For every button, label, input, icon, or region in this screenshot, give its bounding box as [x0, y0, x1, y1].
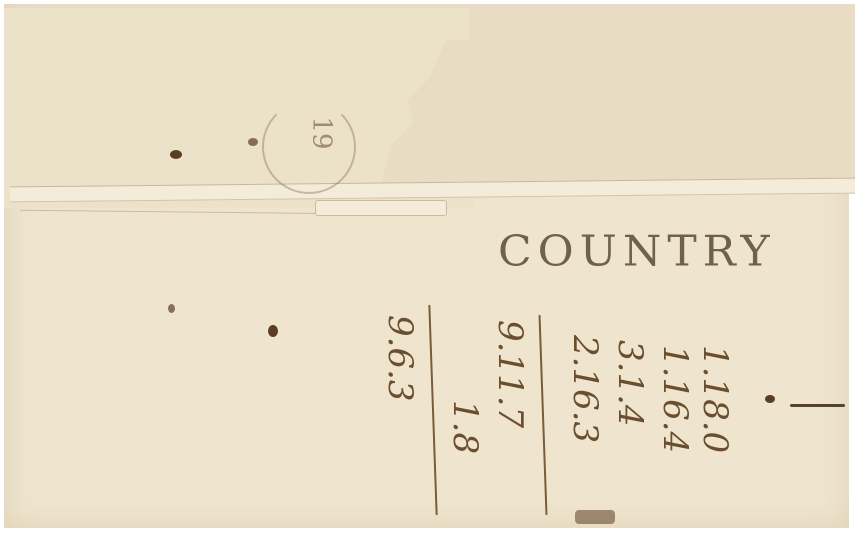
inner-fold-tab [315, 200, 447, 216]
postmark-text: 19 [307, 116, 337, 149]
ink-smudge [575, 510, 615, 524]
folded-flap-right [470, 4, 855, 184]
country-handstamp: COUNTRY [498, 227, 776, 275]
deduction-line: 1.8 [445, 400, 485, 454]
ink-dash [790, 404, 845, 407]
ink-blot [168, 304, 175, 313]
sum-line-3: 3.1.4 [610, 340, 650, 427]
ink-blot [268, 325, 278, 337]
sum-line-4: 2.16.3 [565, 335, 605, 443]
ink-blot [248, 138, 258, 146]
ink-blot [170, 150, 182, 159]
sum-line-1: 1.18.0 [695, 345, 735, 453]
subtotal-line: 9.11.7 [490, 320, 530, 428]
total-line: 9.6.3 [380, 315, 420, 402]
sum-line-2: 1.16.4 [655, 345, 695, 453]
ink-blot [765, 395, 775, 403]
